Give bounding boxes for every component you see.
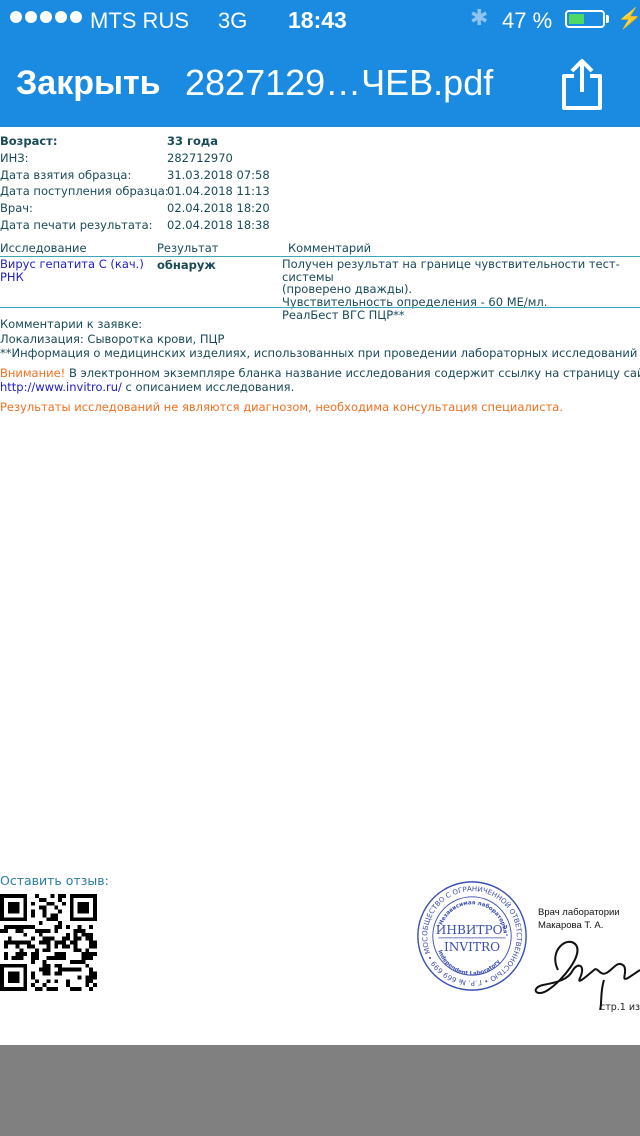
pdf-page: Возраст:33 годаИНЗ:282712970Дата взятия … <box>0 0 640 1045</box>
test-name-link[interactable]: Вирус гепатита С (кач.) РНК <box>0 258 144 284</box>
info-label: ИНЗ: <box>0 151 29 165</box>
comment-line: РеалБест ВГС ПЦР** <box>282 309 640 322</box>
test-comment: Получен результат на границе чувствитель… <box>282 258 640 322</box>
qr-code[interactable] <box>0 893 97 992</box>
disclaimer: Результаты исследований не являются диаг… <box>0 400 563 414</box>
test-result: обнаруж <box>157 258 216 272</box>
battery-nub <box>606 15 609 23</box>
column-header-comment: Комментарий <box>288 241 371 255</box>
info-label: Возраст: <box>0 134 57 148</box>
info-label: Дата печати результата: <box>0 218 153 232</box>
table-bottom-divider <box>0 307 640 308</box>
network-type: 3G <box>218 8 247 34</box>
order-comment-localization: Локализация: Сыворотка крови, ПЦР <box>0 332 224 346</box>
bluetooth-icon: ✱ <box>470 5 488 31</box>
close-button[interactable]: Закрыть <box>16 64 161 103</box>
info-value: 31.03.2018 07:58 <box>167 168 270 182</box>
battery-percent: 47 % <box>502 8 552 34</box>
info-label: Врач: <box>0 201 33 215</box>
attention-note: Внимание! В электронном экземпляре бланк… <box>0 366 640 380</box>
test-name-line: РНК <box>0 271 144 284</box>
status-bar: MTS RUS 3G 18:43 ✱ 47 % ⚡ <box>0 0 640 40</box>
page-number: стр.1 из 1 <box>600 1002 640 1013</box>
order-comments-title: Комментарии к заявке: <box>0 317 142 331</box>
svg-text:INVITRO: INVITRO <box>444 940 500 954</box>
invitro-link[interactable]: http://www.invitro.ru/ <box>0 380 122 394</box>
order-comment-footnote: **Информация о медицинских изделиях, исп… <box>0 346 640 360</box>
info-label: Дата поступления образца: <box>0 184 169 198</box>
carrier-name: MTS RUS <box>90 8 189 34</box>
document-title: 2827129…ЧЕВ.pdf <box>185 62 493 104</box>
battery-icon <box>565 10 605 28</box>
site-link-line: http://www.invitro.ru/ с описанием иссле… <box>0 380 294 394</box>
signature-image <box>528 930 640 1010</box>
charging-bolt-icon: ⚡ <box>617 6 640 31</box>
attention-prefix: Внимание! <box>0 366 65 380</box>
signal-strength-icon <box>10 11 82 23</box>
invitro-stamp: ОБЩЕСТВО С ОГРАНИЧЕННОЙ ОТВЕТСТВЕННОСТЬЮ… <box>416 880 528 992</box>
share-icon[interactable] <box>560 58 604 110</box>
feedback-label: Оставить отзыв: <box>0 873 109 888</box>
info-label: Дата взятия образца: <box>0 168 131 182</box>
info-value: 02.04.2018 18:38 <box>167 218 270 232</box>
signature-title: Врач лаборатории <box>538 906 620 919</box>
column-header-test: Исследование <box>0 241 87 255</box>
attention-text: В электронном экземпляре бланка название… <box>65 366 640 380</box>
svg-text:ИНВИТРО": ИНВИТРО" <box>436 923 508 937</box>
comment-line: Получен результат на границе чувствитель… <box>282 258 640 283</box>
clock: 18:43 <box>288 7 347 34</box>
signature-block: Врач лаборатории Макарова Т. А. <box>538 906 620 932</box>
info-value: 01.04.2018 11:13 <box>167 184 270 198</box>
info-value: 02.04.2018 18:20 <box>167 201 270 215</box>
site-link-suffix: с описанием исследования. <box>122 380 294 394</box>
info-value: 282712970 <box>167 151 233 165</box>
column-header-result: Результат <box>157 241 219 255</box>
top-bar: MTS RUS 3G 18:43 ✱ 47 % ⚡ Закрыть 282712… <box>0 0 640 127</box>
info-value: 33 года <box>167 134 218 148</box>
